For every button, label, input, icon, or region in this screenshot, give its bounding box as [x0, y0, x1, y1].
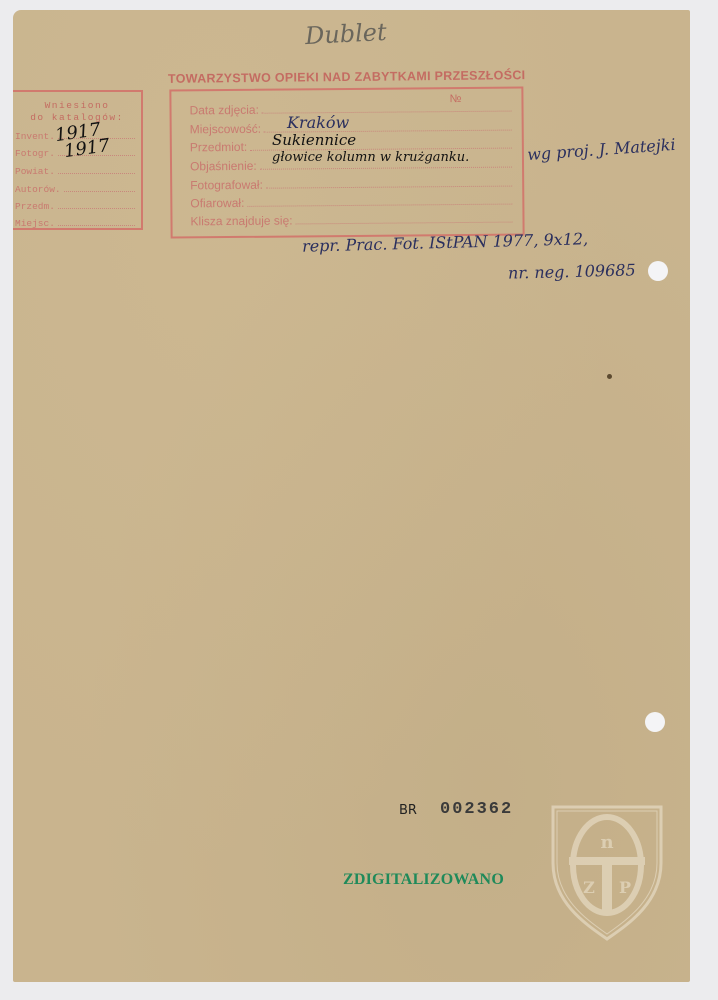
- punch-hole-bottom: [645, 712, 665, 732]
- repro-note-line2: nr. neg. 109685: [508, 260, 636, 282]
- value-miejscowosc: Kraków: [287, 113, 349, 132]
- stamp-field-data-zdjecia: Data zdjęcia:: [189, 97, 511, 118]
- inventory-number: 002362: [440, 800, 513, 819]
- punch-hole-top: [648, 261, 668, 281]
- stamp-field-klisza: Klisza znajduje się:: [190, 208, 512, 229]
- value-objasnienie: głowice kolumn w krużganku.: [272, 150, 469, 165]
- svg-text:n: n: [600, 832, 613, 853]
- catalog-row-3: Powiat.: [15, 163, 135, 177]
- svg-text:Z: Z: [583, 878, 595, 897]
- catalog-row-4: Autorów.: [15, 181, 135, 195]
- catalog-stamp-heading-1: Wniesiono: [13, 100, 141, 111]
- digitized-stamp: ZDIGITALIZOWANO: [343, 871, 504, 889]
- value-przedmiot: Sukiennice: [272, 131, 356, 149]
- catalog-row-5: Przedm.: [15, 198, 135, 212]
- inventory-prefix: BR: [399, 803, 417, 818]
- catalog-row-6: Miejsc.: [15, 215, 135, 229]
- pencil-note-dublet: Dublet: [304, 18, 387, 50]
- paper-spot: [607, 374, 612, 379]
- shield-watermark-icon: n Z P: [547, 803, 667, 943]
- svg-text:P: P: [619, 878, 631, 897]
